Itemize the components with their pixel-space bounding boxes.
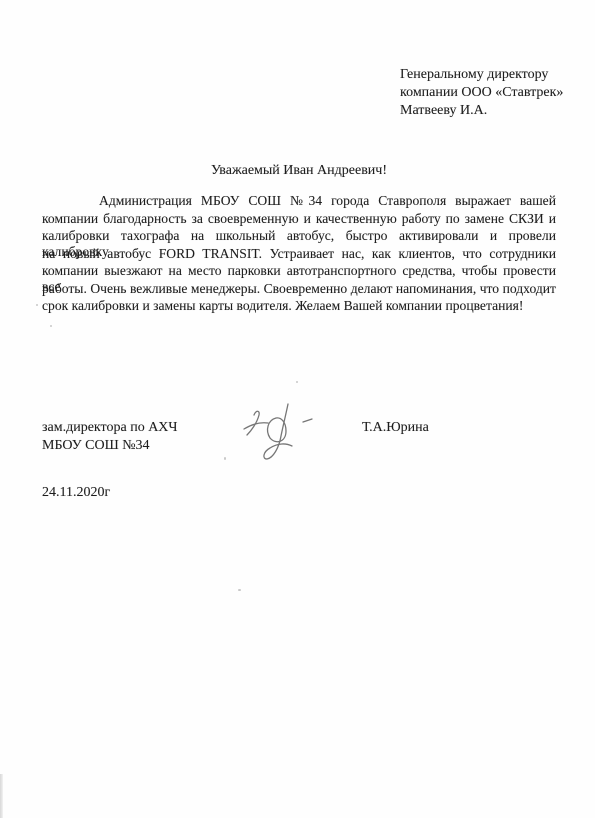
- signoff-position-line-2: МБОУ СОШ №34: [42, 437, 178, 455]
- dust-speck: [36, 304, 38, 306]
- letter-body: Администрация МБОУ СОШ №34 города Ставро…: [42, 193, 556, 316]
- handwritten-signature-icon: [240, 398, 320, 466]
- body-line-1: Администрация МБОУ СОШ №34 города Ставро…: [42, 193, 556, 211]
- signoff-position-line-1: зам.директора по АХЧ: [42, 419, 178, 437]
- body-line-7: срок калибровки и замены карты водителя.…: [42, 298, 556, 316]
- signer-name: Т.А.Юрина: [362, 420, 429, 436]
- dust-speck: [50, 325, 52, 327]
- recipient-block: Генеральному директору компании ООО «Ста…: [400, 66, 580, 120]
- body-line-5: компании выезжают на место парковки авто…: [42, 263, 556, 281]
- body-line-2: компании благодарность за своевременную …: [42, 211, 556, 229]
- body-line-4: на новый автобус FORD TRANSIT. Устраивае…: [42, 246, 556, 264]
- dust-speck: [238, 589, 241, 591]
- scan-edge-artifact: [0, 774, 3, 818]
- scanned-letter-page: Генеральному директору компании ООО «Ста…: [0, 0, 595, 818]
- signoff-position-block: зам.директора по АХЧ МБОУ СОШ №34: [42, 419, 178, 455]
- body-line-3: калибровки тахографа на школьный автобус…: [42, 228, 556, 246]
- letter-date: 24.11.2020г: [42, 485, 110, 501]
- recipient-line-2: компании ООО «Ставтрек»: [400, 84, 580, 102]
- salutation: Уважаемый Иван Андреевич!: [42, 163, 556, 179]
- body-line-6: работы. Очень вежливые менеджеры. Своевр…: [42, 281, 556, 299]
- dust-speck: [224, 457, 226, 460]
- recipient-line-1: Генеральному директору: [400, 66, 580, 84]
- dust-speck: [296, 381, 298, 383]
- recipient-line-3: Матвееву И.А.: [400, 102, 580, 120]
